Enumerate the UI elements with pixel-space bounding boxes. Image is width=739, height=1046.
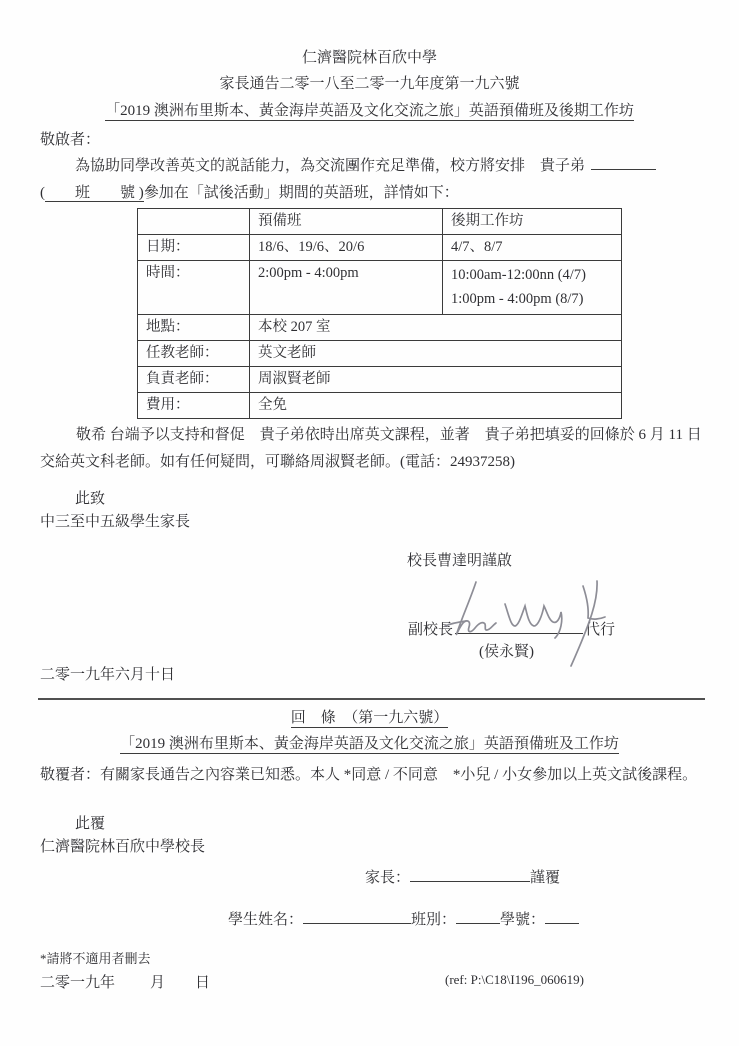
- prep-time: 2:00pm - 4:00pm: [250, 261, 443, 315]
- reply-date-day: 日: [195, 975, 210, 991]
- table-row-fee: 費用： 全免: [138, 393, 622, 419]
- class-label: 班別：: [411, 912, 456, 928]
- date-label: 日期：: [138, 235, 250, 261]
- ref-number: (ref: P:\C18\I196_060619): [445, 972, 584, 988]
- class-number-blank: 班 號 ): [45, 185, 144, 202]
- teacher-value: 英文老師: [250, 341, 622, 367]
- notice-number: 家長通告二零一八至二零一九年度第一九六號: [0, 72, 739, 93]
- vice-principal-name: (侯永賢): [479, 640, 534, 661]
- teacher-label: 任教老師：: [138, 341, 250, 367]
- prep-class-header: 預備班: [250, 209, 443, 235]
- issue-date: 二零一九年六月十日: [40, 663, 175, 684]
- table-row-incharge: 負責老師： 周淑賢老師: [138, 367, 622, 393]
- student-name-field-blank: [303, 908, 411, 924]
- intro-line2: 參加在「試後活動」期間的英語班，詳情如下：: [144, 185, 459, 201]
- reply-slip-title: 「2019 澳洲布里斯本、黃金海岸英語及文化交流之旅」英語預備班及工作坊: [120, 736, 619, 754]
- student-info-row: 學生姓名：班別：學號：: [228, 908, 579, 929]
- reply-date-month: 月: [150, 975, 165, 991]
- time-label: 時間：: [138, 261, 250, 315]
- footnote: *請將不適用者刪去: [40, 948, 151, 967]
- reply-date-row: 二零一九年月日: [40, 971, 210, 992]
- venue-label: 地點：: [138, 315, 250, 341]
- table-row-date: 日期： 18/6、19/6、20/6 4/7、8/7: [138, 235, 622, 261]
- parent-label: 家長：: [365, 870, 410, 886]
- table-row-teacher: 任教老師： 英文老師: [138, 341, 622, 367]
- student-name-label: 學生姓名：: [228, 912, 303, 928]
- reply-date-year: 二零一九年: [40, 975, 115, 991]
- reply-paragraph: 敬覆者：有關家長通告之內容業已知悉。本人 *同意 / 不同意 *小兒 / 小女參…: [40, 762, 708, 789]
- table-corner-cell: [138, 209, 250, 235]
- post-workshop-header: 後期工作坊: [443, 209, 622, 235]
- table-header-row: 預備班 後期工作坊: [138, 209, 622, 235]
- parent-signature-blank: [410, 866, 530, 882]
- notice-document: 仁濟醫院林百欣中學 家長通告二零一八至二零一九年度第一九六號 「2019 澳洲布…: [0, 0, 739, 1046]
- student-name-blank: [591, 154, 656, 170]
- reply-closing: 此覆: [75, 812, 105, 833]
- intro-paragraph: 為協助同學改善英文的説話能力，為交流團作充足準備，校方將安排 貴子弟 ( 班 號…: [40, 153, 708, 207]
- post-time: 10:00am-12:00nn (4/7) 1:00pm - 4:00pm (8…: [443, 261, 622, 315]
- reply-slip-heading: 回 條 （第一九六號）: [291, 710, 449, 728]
- table-row-time: 時間： 2:00pm - 4:00pm 10:00am-12:00nn (4/7…: [138, 261, 622, 315]
- salutation: 敬啟者：: [40, 128, 100, 149]
- student-no-label: 學號：: [500, 912, 545, 928]
- divider-line: [38, 698, 705, 700]
- closing-respectfully: 此致: [75, 487, 105, 508]
- incharge-value: 周淑賢老師: [250, 367, 622, 393]
- support-paragraph: 敬希 台端予以支持和督促 貴子弟依時出席英文課程，並著 貴子弟把填妥的回條於 6…: [40, 422, 708, 476]
- reply-addressee: 仁濟醫院林百欣中學校長: [40, 835, 205, 856]
- addressee-parents: 中三至中五級學生家長: [40, 510, 190, 531]
- post-dates: 4/7、8/7: [443, 235, 622, 261]
- principal-signoff: 校長曹達明謹啟: [407, 549, 512, 570]
- student-no-blank: [545, 908, 579, 924]
- class-blank: [456, 908, 500, 924]
- school-name: 仁濟醫院林百欣中學: [0, 46, 739, 67]
- parent-signature-row: 家長：謹覆: [365, 866, 560, 887]
- post-time-line1: 10:00am-12:00nn (4/7): [451, 263, 613, 287]
- table-row-venue: 地點： 本校 207 室: [138, 315, 622, 341]
- incharge-label: 負責老師：: [138, 367, 250, 393]
- schedule-table: 預備班 後期工作坊 日期： 18/6、19/6、20/6 4/7、8/7 時間：…: [137, 208, 622, 419]
- prep-dates: 18/6、19/6、20/6: [250, 235, 443, 261]
- fee-label: 費用：: [138, 393, 250, 419]
- parent-suffix: 謹覆: [530, 870, 560, 886]
- intro-line1: 為協助同學改善英文的説話能力，為交流團作充足準備，校方將安排 貴子弟: [75, 158, 585, 174]
- venue-value: 本校 207 室: [250, 315, 622, 341]
- notice-title: 「2019 澳洲布里斯本、黃金海岸英語及文化交流之旅」英語預備班及後期工作坊: [105, 103, 634, 121]
- post-time-line2: 1:00pm - 4:00pm (8/7): [451, 287, 613, 311]
- fee-value: 全免: [250, 393, 622, 419]
